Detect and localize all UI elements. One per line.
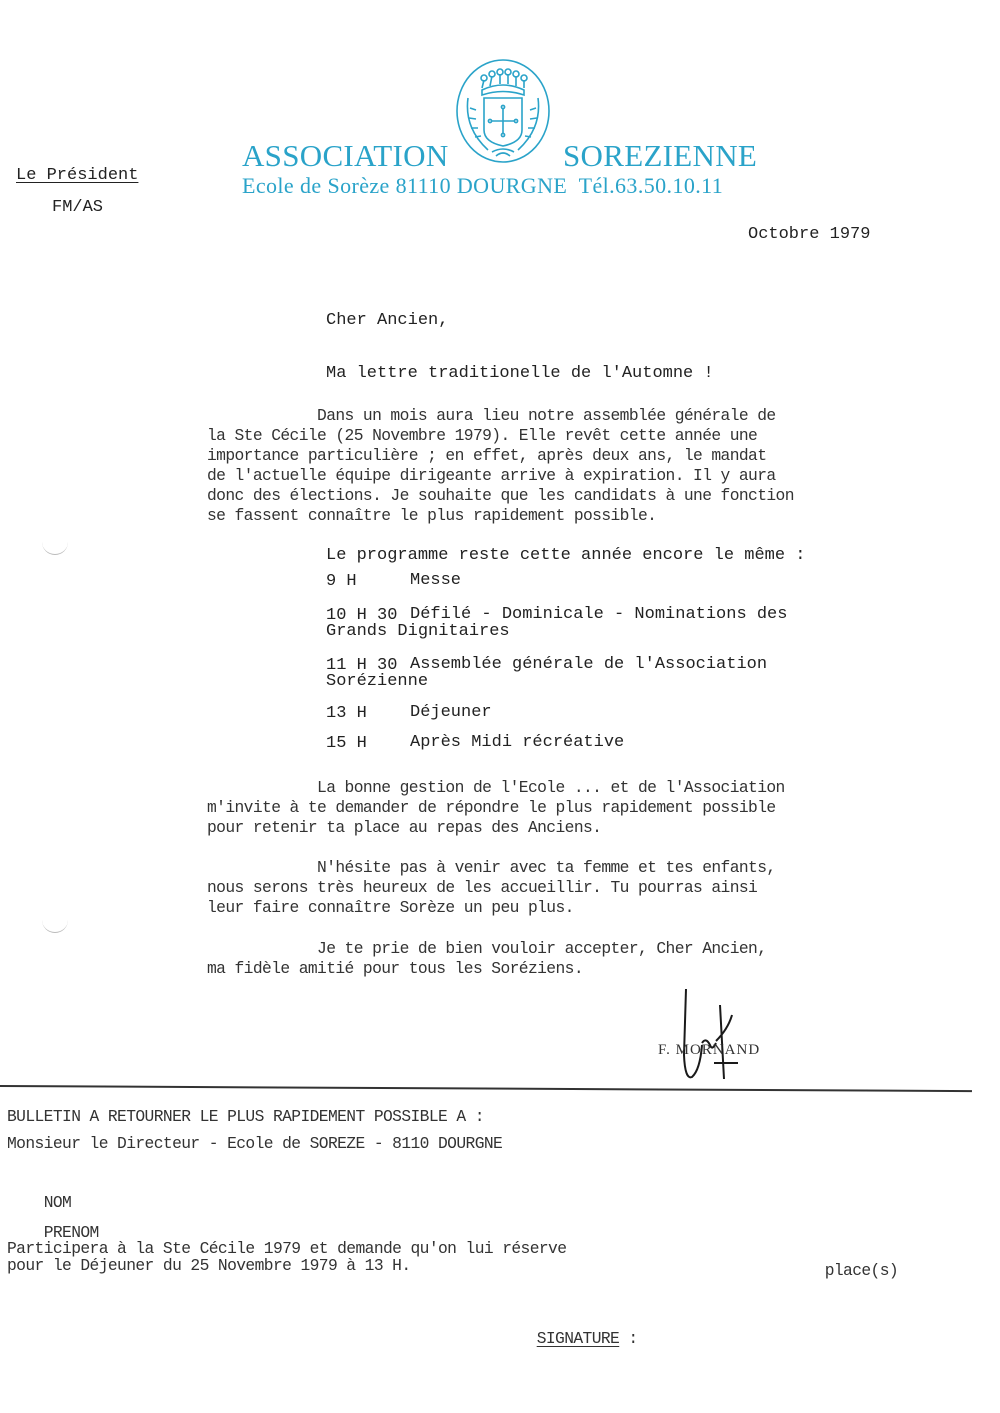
crest-emblem-icon [454,58,552,164]
paragraph-family-invite: N'hésite pas à venir avec ta femme et te… [207,858,776,918]
punch-hole-mark [42,918,68,933]
programme-event: Déjeuner [326,704,492,721]
letter-date: Octobre 1979 [748,225,870,245]
intro-line: Ma lettre traditionelle de l'Automne ! [326,364,714,384]
punch-hole-mark [42,540,68,555]
tear-off-separator [0,1085,972,1092]
org-name-right: SOREZIENNE [563,138,757,174]
signature-label: SIGNATURE [537,1329,620,1348]
programme-event: Messe [326,572,461,589]
handwritten-signature [672,985,782,1085]
salutation: Cher Ancien, [326,311,448,331]
slip-return-address: Monsieur le Directeur - Ecole de SOREZE … [7,1134,502,1154]
places-label: place(s) [825,1261,898,1280]
programme-event: Après Midi récréative [326,734,624,751]
org-address: Ecole de Sorèze 81110 DOURGNE Tél.63.50.… [242,173,723,199]
paragraph-elections: Dans un mois aura lieu notre assemblée g… [207,406,794,526]
programme-event: Défilé - Dominicale - Nominations des Gr… [326,606,787,640]
signatory-name: F. MORNAND [658,1040,760,1060]
participation-text-line-2: pour le Déjeuner du 25 Novembre 1979 à 1… [7,1256,411,1276]
programme-intro: Le programme reste cette année encore le… [326,546,805,566]
programme-event: Assemblée générale de l'Association Soré… [326,656,767,690]
signature-field[interactable]: SIGNATURE : [500,1309,638,1369]
paragraph-reply-request: La bonne gestion de l'Ecole ... et de l'… [207,778,785,838]
slip-title: BULLETIN A RETOURNER LE PLUS RAPIDEMENT … [7,1107,484,1127]
sender-title: Le Président [16,166,138,186]
sender-reference: FM/AS [52,198,103,218]
signature-colon: : [619,1329,637,1348]
places-field[interactable]: place(s) [788,1241,898,1301]
org-name-left: ASSOCIATION [242,138,449,174]
paragraph-closing: Je te prie de bien vouloir accepter, Che… [207,939,766,979]
